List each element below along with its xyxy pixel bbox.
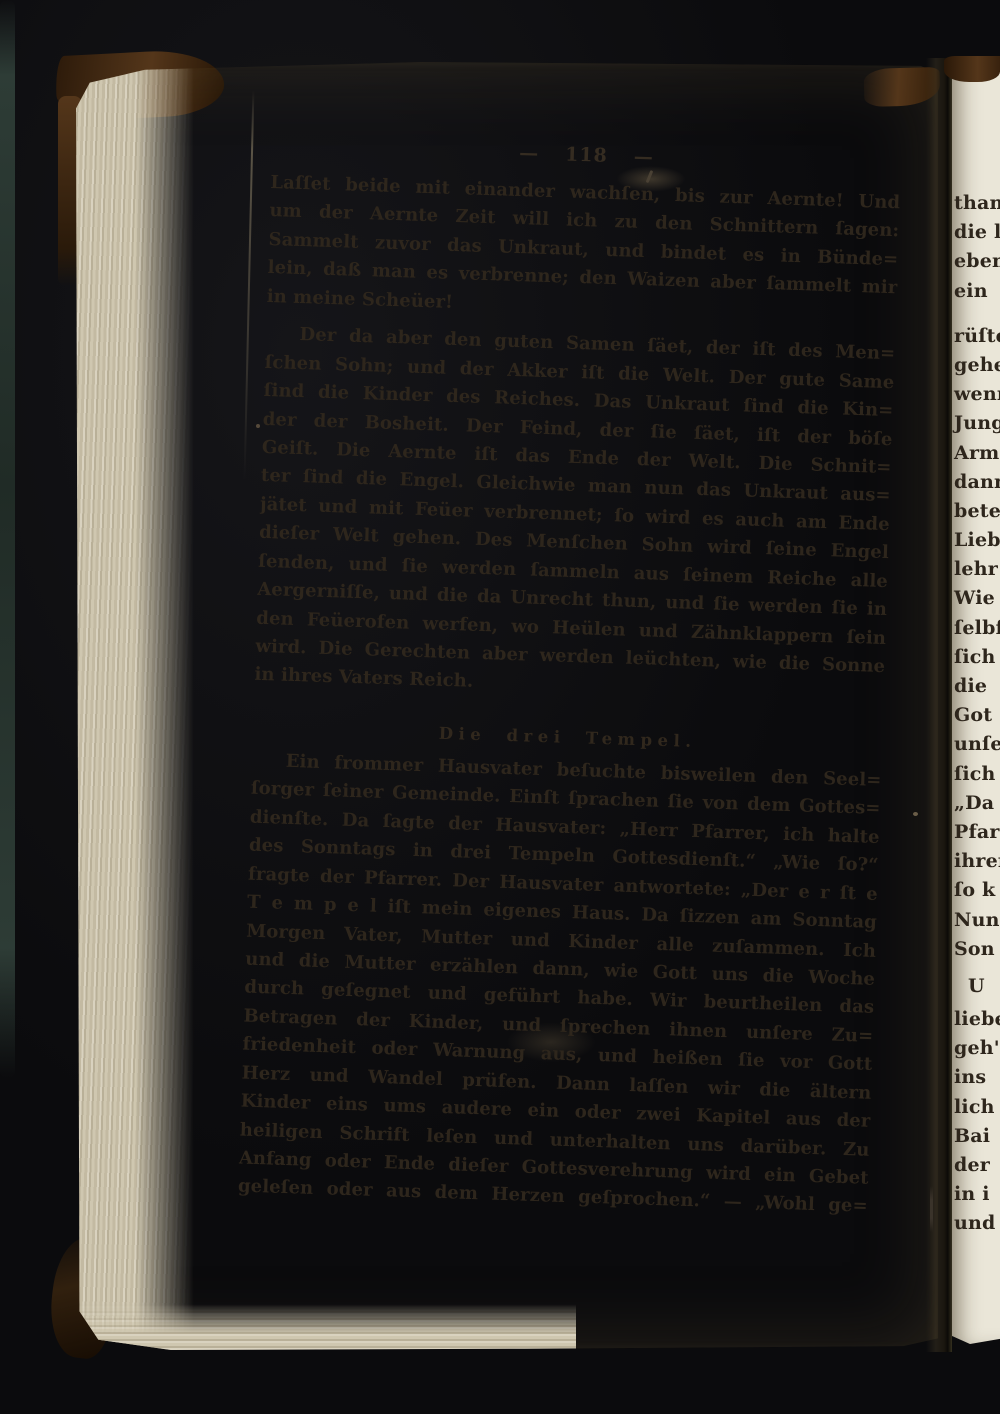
book-page: —118— Laſſet beide mit einander wachſen,… — [76, 62, 938, 1350]
next-page-text-line: U — [968, 975, 1000, 1004]
next-page-text-line: beten — [954, 500, 1000, 529]
top-sheet-edge — [244, 90, 255, 480]
header-dash-right: — — [633, 146, 654, 169]
book-scan-scene: —118— Laſſet beide mit einander wachſen,… — [0, 0, 1000, 1414]
next-page-text-line: die — [954, 675, 1000, 704]
paragraph-3: Ein frommer Hausvater beſuchte bisweilen… — [237, 750, 881, 1225]
next-page-text-line: lehr — [954, 558, 1000, 587]
paragraph-1: Laſſet beide mit einander wachſen, bis z… — [266, 172, 900, 334]
next-page-text-line: Wie — [954, 587, 1000, 616]
next-page-text-line: than — [954, 192, 1000, 221]
next-page-text-line: Lieb — [954, 529, 1000, 558]
next-page-text-line: ſich — [954, 646, 1000, 675]
next-page-text-line: ein — [954, 280, 1000, 309]
next-page-text-line: Bai — [954, 1125, 1000, 1154]
gutter-shadow — [926, 58, 952, 1352]
next-page-text-line: geh' — [954, 1037, 1000, 1066]
next-page-text: thandie lebeneinrüſtegeherwennJungArmdan… — [950, 60, 1000, 1242]
next-page-text-line: in i — [954, 1183, 1000, 1212]
next-page-text-line: Pfar — [954, 821, 1000, 850]
page-text-block: —118— Laſſet beide mit einander wachſen,… — [237, 134, 901, 1225]
next-page-sliver: thandie lebeneinrüſtegeherwennJungArmdan… — [950, 60, 1000, 1344]
leather-smear-next-page-top — [944, 56, 1000, 82]
ink-mark-speck — [913, 812, 918, 816]
next-page-text-line: Nun — [954, 909, 1000, 938]
next-page-text-line: ihrer — [954, 850, 1000, 879]
next-page-text-line: Arm — [954, 442, 1000, 471]
next-page-text-line: Got — [954, 704, 1000, 733]
page-number: 118 — [565, 143, 608, 166]
next-page-text-line: der — [954, 1154, 1000, 1183]
paragraph-2: Der da aber den guten Samen ſäet, der iſ… — [254, 323, 896, 713]
next-page-text-line: rüſte — [954, 325, 1000, 354]
page-edge-stack-bottom — [76, 1304, 576, 1350]
next-page-text-line: die l — [954, 221, 1000, 250]
header-dash-left: — — [519, 142, 540, 165]
section-heading: Die drei Tempel. — [253, 718, 883, 757]
next-page-text-line: wenn — [954, 383, 1000, 412]
next-page-text-line: Son — [954, 938, 1000, 967]
gutter-shadow-tick — [930, 1186, 933, 1232]
next-page-text-line: ins — [954, 1066, 1000, 1095]
next-page-text-line: ſo k — [954, 879, 1000, 908]
next-page-text-line: „Da — [954, 792, 1000, 821]
next-page-text-line: dann — [954, 471, 1000, 500]
next-page-text-line: ſelbſ — [954, 617, 1000, 646]
page-edge-stack — [76, 62, 194, 1350]
page-header: —118— — [271, 134, 901, 176]
marbled-fore-edge — [0, 0, 15, 1078]
next-page-text-line: unſe — [954, 733, 1000, 762]
next-page-text-line: Jung — [954, 412, 1000, 441]
next-page-text-line: lich — [954, 1096, 1000, 1125]
next-page-text-line: liebe — [954, 1008, 1000, 1037]
ink-mark-margin-dot — [256, 424, 260, 428]
next-page-text-line: eben — [954, 250, 1000, 279]
next-page-text-line: und — [954, 1212, 1000, 1241]
next-page-text-line: ſich — [954, 763, 1000, 792]
next-page-text-line: geher — [954, 354, 1000, 383]
